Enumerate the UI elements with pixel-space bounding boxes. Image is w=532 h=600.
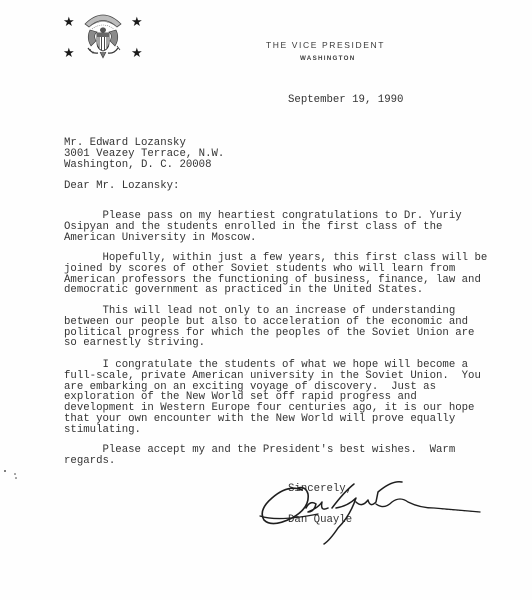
paragraph-line: democratic government as practiced in th… [64, 285, 487, 296]
paragraph-4: I congratulate the students of what we h… [64, 360, 481, 436]
paragraph-2: Hopefully, within just a few years, this… [64, 253, 487, 296]
paragraph-line: full-scale, private American university … [64, 371, 481, 382]
letterhead-city: WASHINGTON [300, 55, 356, 62]
vice-presidential-seal-icon [80, 8, 126, 60]
letter-date: September 19, 1990 [288, 95, 403, 106]
star-icon: ★ [131, 47, 143, 60]
paragraph-line: regards. [64, 456, 455, 467]
star-icon: ★ [63, 47, 75, 60]
paragraph-1: Please pass on my heartiest congratulati… [64, 211, 462, 243]
recipient-city: Washington, D. C. 20008 [64, 160, 212, 171]
handwritten-signature-icon [258, 478, 488, 548]
paragraph-line: Osipyan and the students enrolled in the… [64, 222, 462, 233]
paragraph-3: This will lead not only to an increase o… [64, 306, 474, 349]
star-icon: ★ [63, 16, 75, 29]
paragraph-line: stimulating. [64, 425, 481, 436]
scan-speck [15, 477, 17, 479]
paragraph-5: Please accept my and the President's bes… [64, 445, 455, 467]
salutation: Dear Mr. Lozansky: [64, 181, 179, 192]
scan-speck [4, 470, 6, 472]
paragraph-line: joined by scores of other Soviet student… [64, 264, 487, 275]
paragraph-line: Please accept my and the President's bes… [64, 445, 455, 456]
star-icon: ★ [131, 16, 143, 29]
paragraph-line: between our people but also to accelerat… [64, 317, 474, 328]
paragraph-line: so earnestly striving. [64, 338, 474, 349]
letter-page: ★ ★ ★ ★ [0, 0, 532, 600]
scan-speck [14, 473, 16, 475]
paragraph-line: American University in Moscow. [64, 233, 462, 244]
letterhead-seal-block: ★ ★ ★ ★ [55, 5, 150, 65]
letterhead-office: THE VICE PRESIDENT [266, 40, 398, 50]
